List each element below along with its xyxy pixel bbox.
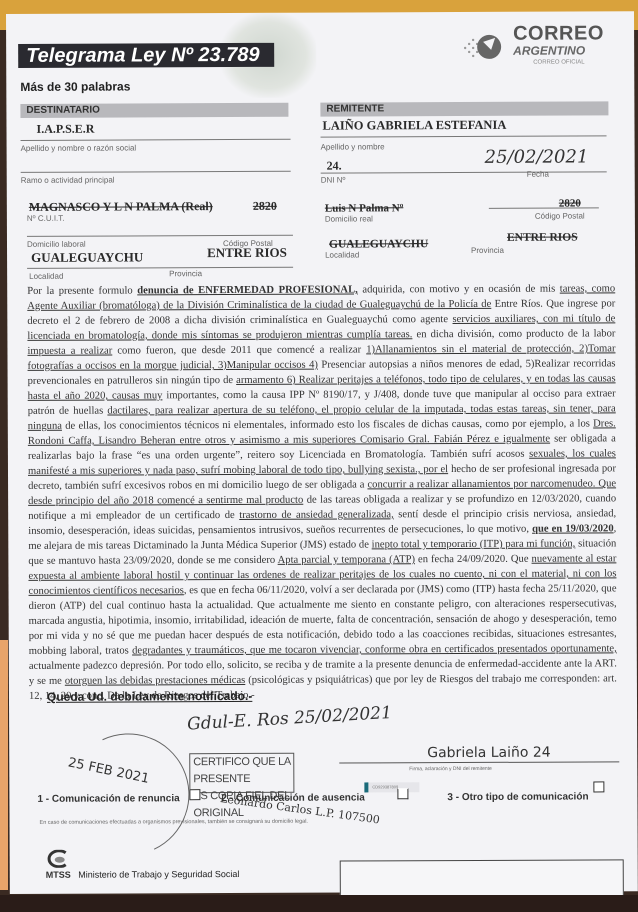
body-segment: Apta parcial y temporana (ATP) (278, 554, 415, 566)
destinatario-province-label: Provincia (169, 269, 202, 278)
correo-logo-icon (461, 28, 503, 64)
ministry-footer: MTSS Ministerio de Trabajo y Seguridad S… (46, 869, 240, 880)
body-segment: degradantes y traumáticos, que me tocaro… (132, 643, 617, 656)
destinatario-postal-code[interactable]: 2820 (253, 199, 277, 214)
body-segment: pensamientos intrusivos, sueños recurren… (195, 524, 532, 536)
body-segment: de ellas, los conocimientos técnicos ni … (62, 418, 593, 431)
background-shadow (0, 895, 638, 912)
option-otro-label: 3 - Otro tipo de comunicación (447, 791, 588, 803)
field-line (27, 267, 293, 269)
barcode-label: CD929387809 (364, 782, 419, 792)
ministry-abbreviation: MTSS (46, 870, 71, 880)
destinatario-name[interactable]: I.A.P.S.E.R (36, 122, 94, 137)
remitente-header: REMITENTE (320, 101, 608, 116)
body-paragraph: Por la presente formulo denuncia de ENFE… (27, 281, 617, 704)
handwritten-certification: Gdul-E. Ros 25/02/2021 (187, 703, 393, 735)
body-segment: trastorno de ansiedad generalizada, (239, 509, 394, 521)
option-renuncia-label: 1 - Comunicación de renuncia (37, 793, 179, 805)
form-subtitle: Más de 30 palabras (20, 79, 130, 93)
destinatario-header: DESTINATARIO (20, 103, 288, 118)
body-segment: adquirida, con motivo y en ocasión de mi… (358, 284, 560, 296)
destinatario-province[interactable]: ENTRE RIOS (207, 245, 287, 261)
body-segment: en dicha división, como producto de la l… (412, 328, 615, 340)
option-ausencia-checkbox[interactable] (397, 788, 408, 799)
remitente-address[interactable]: Luis N Palma Nº (325, 202, 404, 214)
destinatario-locality[interactable]: GUALEGUAYCHU (31, 249, 143, 265)
field-line (21, 171, 291, 173)
field-line (321, 135, 607, 137)
signature-line (339, 761, 619, 763)
mtss-logo-icon (46, 850, 72, 868)
body-segment: que en 19/03/2020 (532, 523, 614, 534)
closing-statement: Queda Ud. debidamente notificado.- (47, 689, 252, 704)
footnote: En caso de comunicaciones efectuadas a o… (40, 819, 308, 826)
telegram-form: Telegrama Ley Nº 23.789 Más de 30 palabr… (6, 11, 638, 894)
destinatario-locality-label: Localidad (29, 272, 63, 281)
remitente-name[interactable]: LAIÑO GABRIELA ESTEFANIA (322, 118, 506, 134)
remitente-locality[interactable]: GUALEGUAYCHU (329, 238, 428, 250)
brand-tagline: CORREO OFICIAL (533, 59, 584, 65)
certify-line-1: CERTIFICO QUE LA PRESENTE (193, 754, 293, 788)
option-otro-checkbox[interactable] (593, 781, 604, 792)
brand-name: CORREO (513, 23, 604, 43)
remitente-name-label: Apellido y nombre (321, 142, 385, 151)
sender-signature-label: Firma, aclaración y DNI del remitente (409, 766, 492, 772)
body-segment: Por la presente formulo (27, 285, 137, 296)
background-edge (0, 640, 8, 890)
remitente-dni-label: DNI Nº (321, 176, 346, 185)
remitente-province-label: Provincia (471, 246, 504, 255)
field-line (489, 207, 599, 208)
brand-subname: ARGENTINO (513, 43, 585, 57)
form-title: Telegrama Ley Nº 23.789 (18, 43, 274, 68)
correo-argentino-logo: CORREO ARGENTINO CORREO OFICIAL (461, 21, 621, 72)
destinatario-address[interactable]: MAGNASCO Y L N PALMA (Real) (29, 199, 213, 215)
field-line (27, 235, 293, 237)
remitente-locality-label: Localidad (325, 250, 359, 259)
remitente-date-handwritten[interactable]: 25/02/2021 (485, 146, 589, 167)
barcode-mark (364, 782, 368, 792)
barcode-text: CD929387809 (372, 784, 398, 789)
option-renuncia-checkbox[interactable] (189, 789, 200, 800)
remitente-dni[interactable]: 24. (327, 159, 342, 174)
body-segment: otorguen las debidas prestaciones médica… (65, 675, 245, 687)
body-segment: impuesta a realizar (27, 346, 112, 357)
destinatario-address-label: Domicilio laboral (27, 240, 86, 249)
remitente-date-label: Fecha (527, 170, 549, 179)
certify-copy-stamp: CERTIFICO QUE LA PRESENTE ES COPIA FIEL … (189, 753, 294, 793)
body-segment: denuncia de ENFERMEDAD PROFESIONAL, (137, 284, 358, 296)
body-segment: en fecha 24/09/2020. Que (415, 554, 532, 566)
destinatario-activity-label: Ramo o actividad principal (21, 176, 115, 185)
destinatario-cuit-label: Nº C.U.I.T. (27, 214, 65, 223)
field-line (321, 171, 607, 173)
destinatario-name-label: Apellido y nombre o razón social (21, 143, 137, 153)
sender-signature: Gabriela Laiño 24 (427, 745, 551, 762)
remitente-province[interactable]: ENTRE RIOS (507, 232, 578, 244)
telegram-body: Por la presente formulo denuncia de ENFE… (27, 281, 617, 704)
remitente-postal-label: Código Postal (535, 211, 585, 220)
ministry-name: Ministerio de Trabajo y Seguridad Social (78, 869, 239, 880)
remitente-address-label: Domicilio real (325, 214, 373, 223)
body-segment: como fueron, que desde 2011 que comencé … (112, 344, 366, 356)
field-line (21, 139, 291, 141)
body-segment: inepto total y temporario (ITP) para mi … (372, 539, 576, 551)
